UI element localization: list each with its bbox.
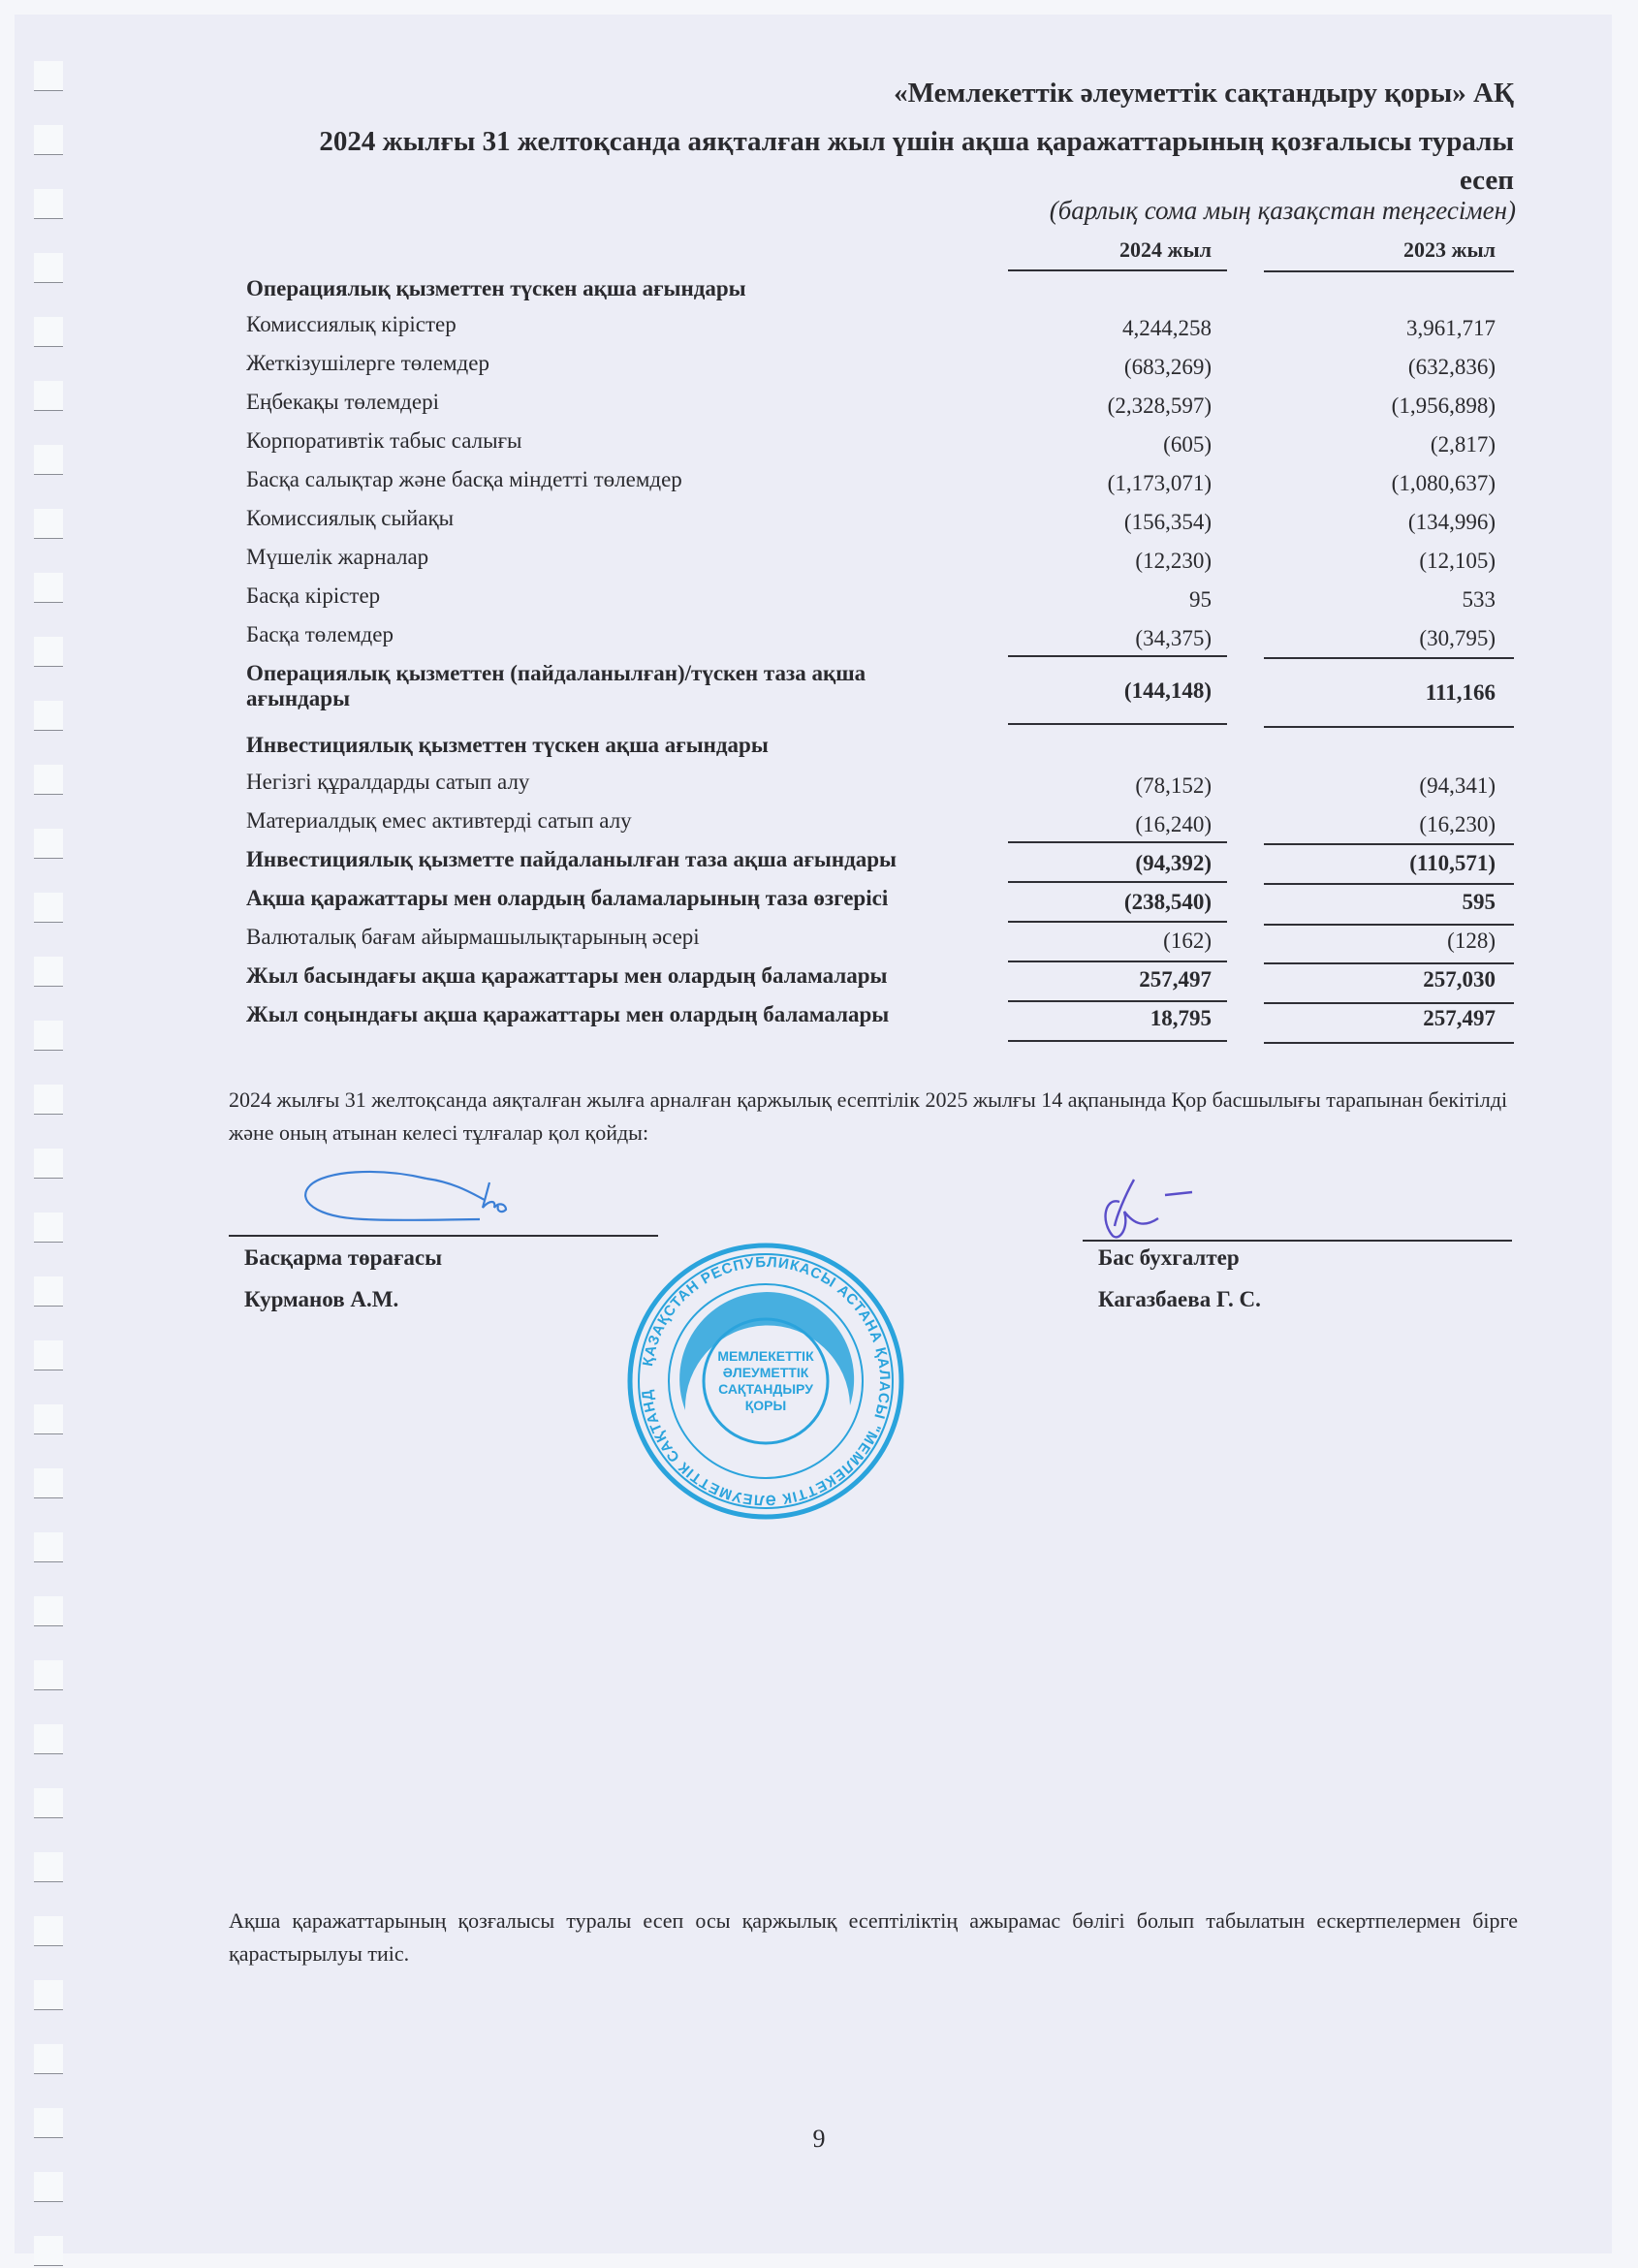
row-label: Ақша қаражаттары мен олардың баламаларын… [246, 886, 888, 911]
company-stamp: ҚАЗАҚСТАН РЕСПУБЛИКАСЫ АСТАНА ҚАЛАСЫ "МЕ… [625, 1241, 906, 1522]
company-name: «Мемлекеттік әлеуметтік сақтандыру қоры»… [894, 78, 1514, 110]
row-label: Инвестициялық қызметте пайдаланылған таз… [246, 847, 897, 872]
value-2023: 533 [1463, 587, 1496, 613]
binding-hole [34, 253, 63, 283]
row-label: Негізгі құралдарды сатып алу [246, 770, 529, 795]
value-2023: (134,996) [1408, 510, 1496, 535]
value-2023: (16,230) [1419, 812, 1496, 837]
signer-title-chairman: Басқарма төрағасы [244, 1245, 442, 1271]
value-2024: (12,230) [1135, 549, 1212, 574]
page-number: 9 [0, 2125, 1638, 2154]
value-2024: (34,375) [1135, 626, 1212, 651]
row-label: Материалдық емес активтерді сатып алу [246, 808, 632, 834]
binding-hole [34, 1021, 63, 1051]
binding-hole [34, 1213, 63, 1243]
binding-hole [34, 381, 63, 411]
value-2023: (12,105) [1419, 549, 1496, 574]
value-2024: (156,354) [1124, 510, 1212, 535]
binding-hole [34, 1149, 63, 1179]
value-2024: (2,328,597) [1108, 394, 1212, 419]
binding-hole [34, 765, 63, 795]
binding-hole [34, 1852, 63, 1882]
signer-name-accountant: Кагазбаева Г. С. [1098, 1287, 1261, 1312]
value-ending-2024: 18,795 [1150, 1006, 1212, 1031]
total-rule [1264, 657, 1514, 659]
value-2023: (1,956,898) [1392, 394, 1496, 419]
binding-hole [34, 1085, 63, 1115]
svg-text:МЕМЛЕКЕТТІК: МЕМЛЕКЕТТІК [717, 1348, 814, 1364]
value-net-change-2023: 595 [1463, 890, 1496, 915]
value-net-change-2024: (238,540) [1124, 890, 1212, 915]
binding-hole [34, 125, 63, 155]
binding-hole [34, 2172, 63, 2202]
column-header-2023: 2023 жыл [1403, 237, 1496, 263]
total-rule [1008, 1040, 1227, 1042]
binding-hole [34, 1660, 63, 1690]
binding-hole [34, 509, 63, 539]
row-label-operating-total: Операциялық қызметтен (пайдаланылған)/тү… [246, 661, 866, 686]
value-operating-total-2024: (144,148) [1124, 678, 1212, 704]
value-2024: (683,269) [1124, 355, 1212, 380]
row-label: Басқа кірістер [246, 583, 380, 609]
row-label: Жыл басындағы ақша қаражаттары мен олард… [246, 963, 888, 989]
binding-hole [34, 317, 63, 347]
statement-title-cont: есеп [1460, 165, 1514, 197]
signer-name-chairman: Курманов А.М. [244, 1287, 398, 1312]
section-heading-operating: Операциялық қызметтен түскен ақша ағында… [246, 276, 746, 301]
binding-hole [34, 1276, 63, 1307]
binding-hole [34, 61, 63, 91]
binding-hole [34, 1404, 63, 1434]
units-note: (барлық сома мың қазақстан теңгесімен) [1050, 196, 1516, 226]
signature-chairman [291, 1161, 543, 1229]
total-rule [1264, 1042, 1514, 1044]
value-investing-total-2023: (110,571) [1409, 851, 1496, 876]
value-beginning-2024: 257,497 [1139, 967, 1212, 992]
total-rule [1264, 962, 1514, 964]
value-2024: 4,244,258 [1122, 316, 1212, 341]
value-2024: (605) [1163, 432, 1212, 457]
row-label: Басқа салықтар және басқа міндетті төлем… [246, 467, 682, 492]
value-2023: (632,836) [1408, 355, 1496, 380]
svg-text:ҚОРЫ: ҚОРЫ [745, 1398, 786, 1413]
binding-hole [34, 1980, 63, 2010]
total-rule [1008, 655, 1227, 657]
signature-line-accountant [1083, 1240, 1512, 1242]
row-label: Жыл соңындағы ақша қаражаттары мен олард… [246, 1002, 889, 1027]
value-2023: (94,341) [1419, 773, 1496, 799]
row-label: Басқа төлемдер [246, 622, 394, 647]
binding-hole [34, 2044, 63, 2074]
value-2024: (16,240) [1135, 812, 1212, 837]
binding-hole [34, 1596, 63, 1626]
row-label: Комиссиялық кірістер [246, 312, 457, 337]
binding-hole [34, 445, 63, 475]
binding-hole [34, 1724, 63, 1754]
row-label: Комиссиялық сыйақы [246, 506, 454, 531]
signature-accountant [1095, 1168, 1260, 1245]
approval-text: 2024 жылғы 31 желтоқсанда аяқталған жылғ… [229, 1084, 1518, 1150]
binding-hole [34, 1916, 63, 1946]
total-rule [1008, 723, 1227, 725]
value-2023: (2,817) [1431, 432, 1496, 457]
total-rule [1008, 881, 1227, 883]
value-fx-effect-2024: (162) [1163, 929, 1212, 954]
row-label: Мүшелік жарналар [246, 545, 428, 570]
column-header-2024: 2024 жыл [1119, 237, 1212, 263]
value-2023: (1,080,637) [1392, 471, 1496, 496]
total-rule [1264, 843, 1514, 845]
value-investing-total-2024: (94,392) [1135, 851, 1212, 876]
total-rule [1264, 924, 1514, 926]
row-label: Корпоративтік табыс салығы [246, 428, 522, 454]
statement-title: 2024 жылғы 31 желтоқсанда аяқталған жыл … [319, 126, 1514, 158]
binding-hole [34, 1532, 63, 1562]
svg-text:САҚТАНДЫРУ: САҚТАНДЫРУ [718, 1381, 813, 1397]
binding-hole [34, 1788, 63, 1818]
signer-title-accountant: Бас бухгалтер [1098, 1245, 1240, 1271]
total-rule [1008, 1000, 1227, 1002]
value-2023: 3,961,717 [1406, 316, 1496, 341]
binding-hole [34, 893, 63, 923]
value-2023: (30,795) [1419, 626, 1496, 651]
total-rule [1008, 961, 1227, 962]
binding-hole [34, 637, 63, 667]
binding-hole [34, 701, 63, 731]
row-label: Жеткізушілерге төлемдер [246, 351, 489, 376]
binding-hole [34, 957, 63, 987]
value-2024: (1,173,071) [1108, 471, 1212, 496]
row-label: Еңбекақы төлемдері [246, 390, 439, 415]
section-heading-investing: Инвестициялық қызметтен түскен ақша ағын… [246, 733, 769, 758]
footnote: Ақша қаражаттарының қозғалысы туралы есе… [229, 1905, 1518, 1970]
binding-hole [34, 1468, 63, 1498]
value-ending-2023: 257,497 [1423, 1006, 1496, 1031]
row-label: Валюталық бағам айырмашылықтарының әсері [246, 925, 700, 950]
value-2024: 95 [1189, 587, 1212, 613]
row-label-operating-total-cont: ағындары [246, 686, 350, 711]
binding-hole [34, 1340, 63, 1370]
header-rule [1008, 269, 1227, 271]
value-beginning-2023: 257,030 [1423, 967, 1496, 992]
svg-text:ӘЛЕУМЕТТІК: ӘЛЕУМЕТТІК [723, 1365, 809, 1380]
total-rule [1264, 1002, 1514, 1004]
total-rule [1264, 883, 1514, 885]
binding-hole [34, 189, 63, 219]
total-rule [1008, 841, 1227, 843]
total-rule [1008, 921, 1227, 923]
binding-hole [34, 829, 63, 859]
total-rule [1264, 726, 1514, 728]
value-fx-effect-2023: (128) [1447, 929, 1496, 954]
signature-line-chairman [229, 1235, 658, 1237]
value-2024: (78,152) [1135, 773, 1212, 799]
binding-hole [34, 2236, 63, 2266]
value-operating-total-2023: 111,166 [1426, 680, 1496, 706]
header-rule [1264, 270, 1514, 272]
binding-hole [34, 573, 63, 603]
